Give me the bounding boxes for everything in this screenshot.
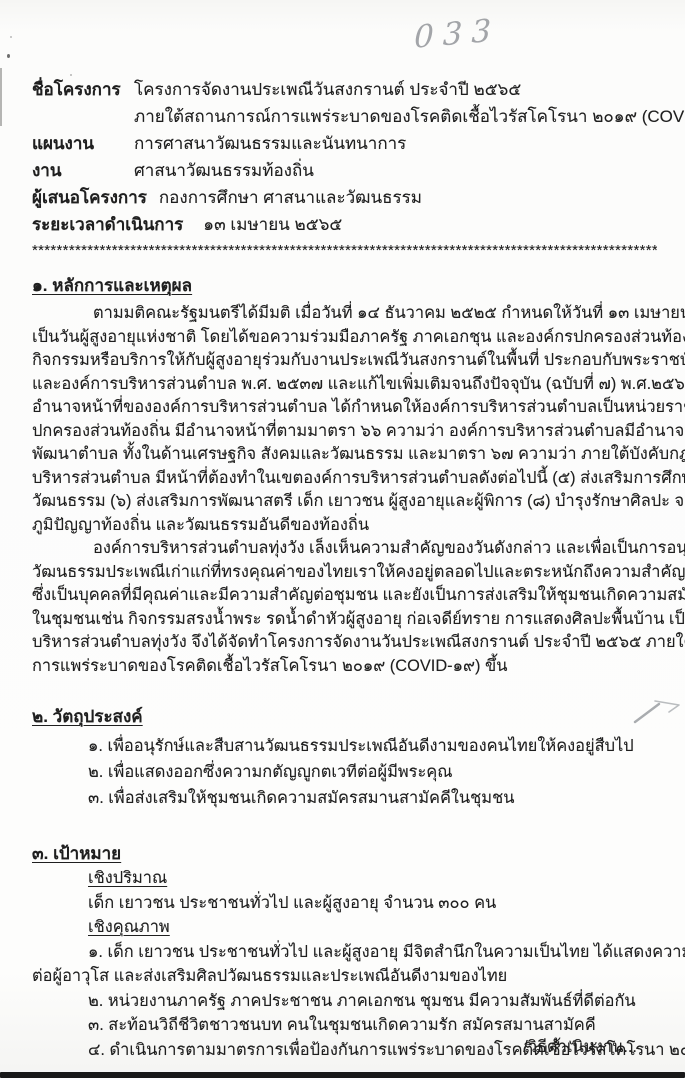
field-value: การศาสนาวัฒนธรรมและนันทนาการ [134,130,406,157]
objective-item: ๒. เพื่อแสดงออกซึ่งความกตัญญูกตเวทีต่อผู… [32,759,657,785]
scan-speck [7,54,10,58]
section-1-paragraph-2: องค์การบริหารส่วนตำบลทุ่งวัง เล็งเห็นควา… [32,537,657,678]
paragraph-line: เป็นวันผู้สูงอายุแห่งชาติ โดยได้ขอความร่… [32,326,657,350]
qualitative-item: ๑. เด็ก เยาวชน ประชาชนทั่วไป และผู้สูงอา… [32,940,657,965]
field-work: งาน ศาสนาวัฒนธรรมท้องถิ่น [32,157,657,184]
paragraph-line: บริหารส่วนตำบล มีหน้าที่ต้องทำในเขตองค์ก… [32,467,657,491]
field-project-name: ชื่อโครงการ โครงการจัดงานประเพณีวันสงกรา… [32,76,657,103]
section-3-heading: ๓. เป้าหมาย [32,841,657,866]
next-page-indicator: /วิธีดำเนินงาน... [523,1034,637,1060]
field-project-name-line2: ภายใต้สถานการณ์การแพร่ระบาดของโรคติดเชื้… [32,103,657,130]
objectives-list: ๑. เพื่ออนุรักษ์และสืบสานวัฒนธรรมประเพณี… [32,733,657,811]
paragraph-line: และองค์การบริหารส่วนตำบล พ.ศ. ๒๕๓๗ และแก… [32,373,657,397]
field-value: โครงการจัดงานประเพณีวันสงกรานต์ ประจำปี … [134,76,521,103]
qualitative-label: เชิงคุณภาพ [32,915,657,940]
paragraph-line: ในชุมชนเช่น กิจกรรมสรงน้ำพระ รดน้ำดำหัวผ… [32,608,657,632]
scan-speck [10,36,12,38]
paragraph-line: ภูมิปัญญาท้องถิ่น และวัฒนธรรมอันดีของท้อ… [32,514,657,538]
field-value: ภายใต้สถานการณ์การแพร่ระบาดของโรคติดเชื้… [134,103,685,130]
field-label: ระยะเวลาดำเนินการ [32,211,183,238]
project-header: ชื่อโครงการ โครงการจัดงานประเพณีวันสงกรา… [32,0,657,238]
objective-item: ๓. เพื่อส่งเสริมให้ชุมชนเกิดความสมัครสมา… [32,785,657,811]
paragraph-line: พัฒนาตำบล ทั้งในด้านเศรษฐกิจ สังคมและวัฒ… [32,443,657,467]
paragraph-line: ซึ่งเป็นบุคคลที่มีคุณค่าและมีความสำคัญต่… [32,584,657,608]
quantitative-line: เด็ก เยาวชน ประชาชนทั่วไป และผู้สูงอายุ … [32,891,657,916]
field-label: งาน [32,157,134,184]
section-1-paragraph-1: ตามมติคณะรัฐมนตรีได้มีมติ เมื่อวันที่ ๑๔… [32,302,657,537]
paragraph-line: การแพร่ระบาดของโรคติดเชื้อไวรัสโคโรนา ๒๐… [32,655,657,679]
field-duration: ระยะเวลาดำเนินการ ๑๓ เมษายน ๒๕๖๕ [32,211,657,238]
asterisk-divider: ****************************************… [32,242,657,260]
paragraph-line: วัฒนธรรมประเพณีเก่าแก่ที่ทรงคุณค่าของไทย… [32,561,657,585]
scan-edge-bottom-bar [0,1072,685,1078]
field-value: ๑๓ เมษายน ๒๕๖๕ [203,211,342,238]
section-1-heading: ๑. หลักการและเหตุผล [32,273,657,298]
section-2-heading: ๒. วัตถุประสงค์ [32,704,657,729]
field-value: ศาสนาวัฒนธรรมท้องถิ่น [134,157,314,184]
scan-speck [70,74,72,76]
paragraph-line: กิจกรรมหรือบริการให้กับผู้สูงอายุร่วมกับ… [32,349,657,373]
paragraph-line: วัฒนธรรม (๖) ส่งเสริมการพัฒนาสตรี เด็ก เ… [32,490,657,514]
scanned-document-page: 033 ชื่อโครงการ โครงการจัดงานประเพณีวันส… [0,0,685,1080]
paragraph-line: ตามมติคณะรัฐมนตรีได้มีมติ เมื่อวันที่ ๑๔… [32,302,657,326]
paragraph-line: ปกครองส่วนท้องถิ่น มีอำนาจหน้าที่ตามมาตร… [32,420,657,444]
paragraph-line: องค์การบริหารส่วนตำบลทุ่งวัง เล็งเห็นควา… [32,537,657,561]
scan-speck [41,143,43,145]
objective-item: ๑. เพื่ออนุรักษ์และสืบสานวัฒนธรรมประเพณี… [32,733,657,759]
field-proposer: ผู้เสนอโครงการ กองการศึกษา ศาสนาและวัฒนธ… [32,184,657,211]
field-value: กองการศึกษา ศาสนาและวัฒนธรรม [159,184,422,211]
handwritten-page-number: 033 [414,12,500,56]
qualitative-item: ๒. หน่วยงานภาครัฐ ภาคประชาชน ภาคเอกชน ชุ… [32,989,657,1014]
field-label: ชื่อโครงการ [32,76,134,103]
field-plan: แผนงาน การศาสนาวัฒนธรรมและนันทนาการ [32,130,657,157]
paragraph-line: อำนาจหน้าที่ขององค์การบริหารส่วนตำบล ได้… [32,396,657,420]
field-label: ผู้เสนอโครงการ [32,184,147,211]
scan-edge-artifact [0,68,2,126]
qualitative-item-continuation: ต่อผู้อาวุโส และส่งเสริมศิลปวัฒนธรรมและป… [32,964,657,989]
field-label: แผนงาน [32,130,134,157]
pencil-check-mark [626,680,685,732]
targets-block: เชิงปริมาณ เด็ก เยาวชน ประชาชนทั่วไป และ… [32,866,657,1062]
document-content: ชื่อโครงการ โครงการจัดงานประเพณีวันสงกรา… [0,0,685,1062]
quantitative-label: เชิงปริมาณ [32,866,657,891]
paragraph-line: บริหารส่วนตำบลทุ่งวัง จึงได้จัดทำโครงการ… [32,631,657,655]
